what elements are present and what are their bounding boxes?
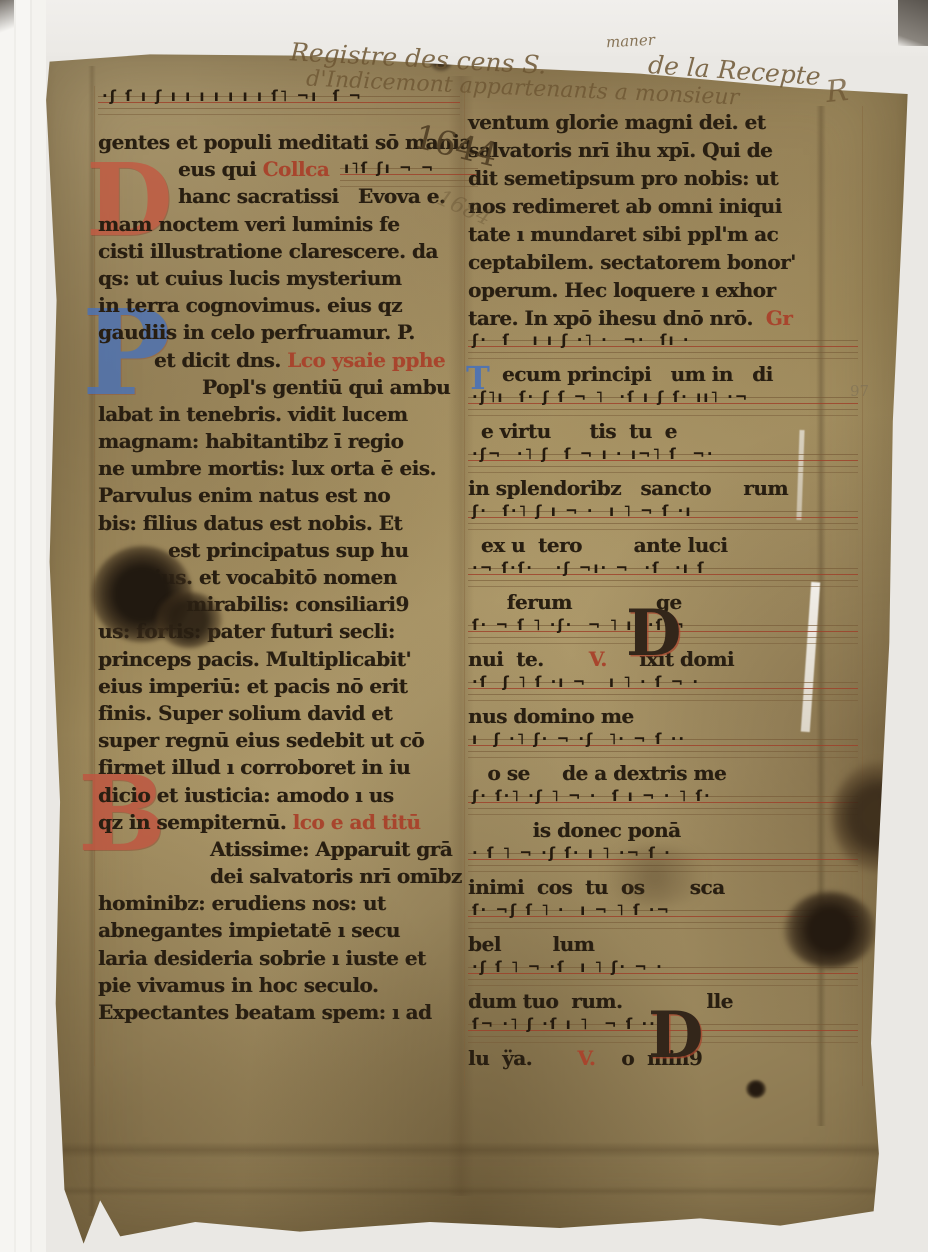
body-text: super regnū eius sedebit ut cō xyxy=(98,728,424,752)
text-line: hominibz: erudiens nos: ut xyxy=(98,891,480,918)
body-text: Parvulus enim natus est no xyxy=(98,483,390,507)
body-text: eus qui xyxy=(178,157,263,181)
body-text: in terra cognovimus. eius qz xyxy=(98,293,402,317)
body-text: dei salvatoris nrī omībz xyxy=(210,864,462,888)
ink-stain xyxy=(832,762,928,872)
text-line: mam noctem veri luminis fe xyxy=(98,212,480,239)
text-line: o se de a dextris me xyxy=(468,761,866,790)
body-text: qz in sempiternū. xyxy=(98,810,293,834)
body-text: dum tuo rum. xyxy=(468,989,622,1013)
body-text: nui te. xyxy=(468,647,544,671)
text-line: Atissime: Apparuit grā xyxy=(98,837,480,864)
text-line: dit semetipsum pro nobis: ut xyxy=(468,166,866,194)
body-text: is donec ponā xyxy=(468,818,681,842)
text-line: tare. In xpō ihesu dnō nrō. Gr xyxy=(468,306,866,334)
text-line: tate ı mundaret sibi ppl'm ac xyxy=(468,222,866,250)
music-staff: ·ʃ˥ı ſ· ʃ ſ ¬ ˥ ·ſ ı ʃ ſ· ıı˥ ·¬ xyxy=(468,391,866,419)
body-text: salvatoris nrī ihu xpī. Qui de xyxy=(468,138,772,162)
text-line: ventum glorie magni dei. et xyxy=(468,110,866,138)
body-text: e virtu tis tu e xyxy=(468,419,677,443)
rubric-text: lco e ad titū xyxy=(293,810,421,834)
cadel-initial-dixit: D xyxy=(626,602,682,666)
body-text: finis. Super solium david et xyxy=(98,701,392,725)
text-line: Popl's gentiū qui ambu xyxy=(98,375,480,402)
text-line: nus domino me xyxy=(468,704,866,733)
neume-notation: ʃ· ſ ı ı ʃ ·˥ · ¬· ſı · xyxy=(472,331,691,349)
text-line: salvatoris nrī ihu xpī. Qui de xyxy=(468,138,866,166)
text-line: cisti illustratione clarescere. da xyxy=(98,239,480,266)
neume-notation: ſ¬ ·˥ ʃ ·ſ ı ˥ ¬ ſ ··¬ xyxy=(472,1015,671,1033)
text-line: dei salvatoris nrī omībz xyxy=(98,864,480,891)
neume-notation: ·ʃ˥ı ſ· ʃ ſ ¬ ˥ ·ſ ı ʃ ſ· ıı˥ ·¬ xyxy=(472,388,749,406)
music-staff: ʃ· ſ·˥ ·ʃ ˥ ¬ · ſ ı ¬ · ˥ ſ· xyxy=(468,790,866,818)
body-text: tate ı mundaret sibi ppl'm ac xyxy=(468,222,778,246)
text-line: ex u tero ante luci xyxy=(468,533,866,562)
mount-paper-strip xyxy=(0,0,46,1252)
body-text: gaudiis in celo perfruamur. P. xyxy=(98,320,415,344)
neume-notation: ·ʃ¬ ·˥ ʃ ſ ¬ ı · ı¬˥ ſ ¬· xyxy=(472,445,715,463)
body-text: o se de a dextris me xyxy=(468,761,726,785)
text-line: magnam: habitantibz ī regio xyxy=(98,429,480,456)
body-text: magnam: habitantibz ī regio xyxy=(98,429,403,453)
text-line: super regnū eius sedebit ut cō xyxy=(98,728,480,755)
body-text: Evova e. xyxy=(339,184,446,208)
body-text: ventum glorie magni dei. et xyxy=(468,110,765,134)
text-line: laria desideria sobrie ı iuste et xyxy=(98,946,480,973)
body-text: dicio et iusticia: amodo ı us xyxy=(98,783,394,807)
body-text: tare. In xpō ihesu dnō nrō. xyxy=(468,306,766,330)
text-line: qz in sempiternū. lco e ad titū xyxy=(98,810,480,837)
body-text: hanc sacratissi xyxy=(178,184,339,208)
music-staff: ·ʃ¬ ·˥ ʃ ſ ¬ ı · ı¬˥ ſ ¬· xyxy=(468,448,866,476)
text-line: ne umbre mortis: lux orta ē eis. xyxy=(98,456,480,483)
rubric-text: V. xyxy=(544,647,607,671)
text-line: labat in tenebris. vidit lucem xyxy=(98,402,480,429)
text-line: abnegantes impietatē ı secu xyxy=(98,918,480,945)
text-line: eius imperiū: et pacis nō erit xyxy=(98,674,480,701)
neume-notation: ·ʃ ſ ˥ ¬ ·ſ ı ˥ ʃ· ¬ · xyxy=(472,958,664,976)
text-line: in terra cognovimus. eius qz xyxy=(98,293,480,320)
body-text: cisti illustratione clarescere. da xyxy=(98,239,438,263)
body-text: princeps pacis. Multiplicabit' xyxy=(98,647,411,671)
rubric-text: V. xyxy=(532,1046,595,1070)
neume-notation: ·ſ ʃ ˥ ſ ·ı ¬ ı ˥ · ſ ¬ · xyxy=(472,673,700,691)
text-line: nos redimeret ab omni iniqui xyxy=(468,194,866,222)
body-text: laria desideria sobrie ı iuste et xyxy=(98,946,426,970)
photo-corner-shadow-right xyxy=(898,0,928,46)
text-line: ecum principi um in di xyxy=(468,362,866,391)
body-text: nus domino me xyxy=(468,704,634,728)
body-text: qs: ut cuius lucis mysterium xyxy=(98,266,401,290)
music-staff: ʃ· ſ·˥ ʃ ı ¬ · ı ˥ ¬ ſ ·ı xyxy=(468,505,866,533)
folio-number: 97 xyxy=(850,382,869,400)
text-line: pie vivamus in hoc seculo. xyxy=(98,973,480,1000)
music-staff: ı ʃ ·˥ ʃ· ¬ ·ʃ ˥· ¬ ſ ·· xyxy=(468,733,866,761)
neume-notation: ʃ· ſ·˥ ʃ ı ¬ · ı ˥ ¬ ſ ·ı xyxy=(472,502,693,520)
text-line: princeps pacis. Multiplicabit' xyxy=(98,647,480,674)
body-text: dit semetipsum pro nobis: ut xyxy=(468,166,778,190)
body-text: Expectantes beatam spem: ı ad xyxy=(98,1000,431,1024)
body-text: est principatus sup hu xyxy=(168,538,408,562)
body-text: firmet illud ı corroboret in iu xyxy=(98,755,410,779)
text-line: dicio et iusticia: amodo ı us xyxy=(98,783,480,810)
text-line: finis. Super solium david et xyxy=(98,701,480,728)
body-text: in splendoribz sancto rum xyxy=(468,476,788,500)
ink-stain xyxy=(600,846,710,906)
body-text: lu ÿa. xyxy=(468,1046,532,1070)
body-text: bis: filius datus est nobis. Et xyxy=(98,511,402,535)
rubric-text: Gr xyxy=(766,306,793,330)
text-line: bis: filius datus est nobis. Et xyxy=(98,511,480,538)
rubric-text: Collca xyxy=(263,157,330,181)
body-text: ecum principi um in di xyxy=(502,362,773,386)
neume-notation: ·¬ ſ·ſ· ·ʃ ¬ı· ¬ ·ſ ·ı ſ xyxy=(472,559,706,577)
text-line: e virtu tis tu e xyxy=(468,419,866,448)
cadel-initial-dominus: D xyxy=(648,1004,704,1068)
text-line: firmet illud ı corroboret in iu xyxy=(98,755,480,782)
neume-notation: ʃ· ſ·˥ ·ʃ ˥ ¬ · ſ ı ¬ · ˥ ſ· xyxy=(472,787,712,805)
body-text: operum. Hec loquere ı exhor xyxy=(468,278,776,302)
text-line: hanc sacratissi Evova e. xyxy=(98,184,480,211)
text-line: gaudiis in celo perfruamur. P. xyxy=(98,320,480,347)
body-text: mam noctem veri luminis fe xyxy=(98,212,399,236)
ink-stain xyxy=(156,592,222,648)
body-text: nos redimeret ab omni iniqui xyxy=(468,194,782,218)
manuscript-photograph: { "photo": { "background_color": "#eae8e… xyxy=(0,0,928,1252)
crease xyxy=(50,1142,898,1158)
neume-notation: ı ʃ ·˥ ʃ· ¬ ·ʃ ˥· ¬ ſ ·· xyxy=(472,730,686,748)
body-text: hominibz: erudiens nos: ut xyxy=(98,891,386,915)
body-text: labat in tenebris. vidit lucem xyxy=(98,402,408,426)
body-text: ne umbre mortis: lux orta ē eis. xyxy=(98,456,436,480)
body-text: ceptabilem. sectatorem bonor' xyxy=(468,250,796,274)
text-line: qs: ut cuius lucis mysterium xyxy=(98,266,480,293)
text-line: et dicit dns. Lco ysaie pphe xyxy=(98,348,480,375)
text-line: Expectantes beatam spem: ı ad xyxy=(98,1000,480,1027)
rubric-text: Lco ysaie pphe xyxy=(287,348,445,372)
body-text: et dicit dns. xyxy=(154,348,287,372)
ink-stain xyxy=(746,1080,766,1098)
body-text: Atissime: Apparuit grā xyxy=(210,837,452,861)
music-staff: ·ſ ʃ ˥ ſ ·ı ¬ ı ˥ · ſ ¬ · xyxy=(468,676,866,704)
body-text: pie vivamus in hoc seculo. xyxy=(98,973,378,997)
inscription-superscript: maner xyxy=(606,31,656,52)
text-line: in splendoribz sancto rum xyxy=(468,476,866,505)
music-staff: ·ʃ ſ ˥ ¬ ·ſ ı ˥ ʃ· ¬ · xyxy=(468,961,866,989)
photo-corner-shadow-left xyxy=(0,0,14,34)
music-staff: ·¬ ſ·ſ· ·ʃ ¬ı· ¬ ·ſ ·ı ſ xyxy=(468,562,866,590)
text-line: eus qui Collca xyxy=(98,157,480,184)
music-staff: ʃ· ſ ı ı ʃ ·˥ · ¬· ſı · xyxy=(468,334,866,362)
text-line: is donec ponā xyxy=(468,818,866,847)
body-text: abnegantes impietatē ı secu xyxy=(98,918,400,942)
text-line: operum. Hec loquere ı exhor xyxy=(468,278,866,306)
body-text: ex u tero ante luci xyxy=(468,533,727,557)
body-text: eius imperiū: et pacis nō erit xyxy=(98,674,407,698)
ink-stain xyxy=(784,892,876,968)
inscription-corner-mark: R xyxy=(824,73,850,110)
crease xyxy=(46,1186,902,1196)
text-line: Parvulus enim natus est no xyxy=(98,483,480,510)
body-text: Popl's gentiū qui ambu xyxy=(202,375,450,399)
body-text: bel lum xyxy=(468,932,594,956)
text-line: ceptabilem. sectatorem bonor' xyxy=(468,250,866,278)
